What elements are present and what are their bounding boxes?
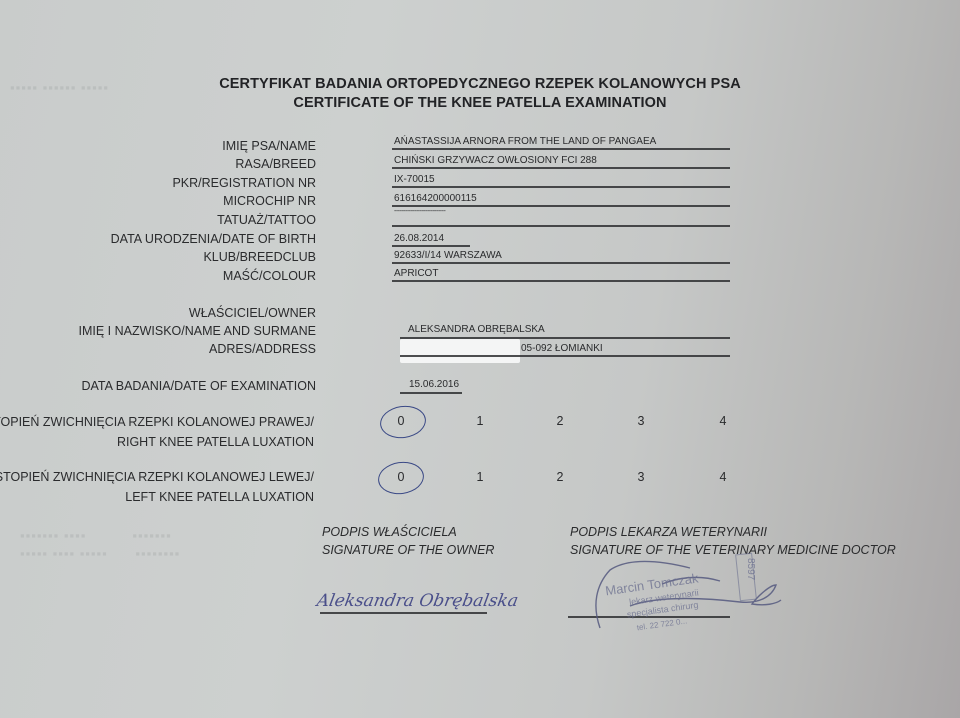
vet-stamp-signature: Marcin Tomczak lekarz weterynarii specja… [0,0,960,718]
certificate-page: ▪▪▪▪▪ ▪▪▪▪▪▪ ▪▪▪▪▪ ▪▪▪▪▪▪▪ ▪▪▪▪ ▪▪▪▪▪▪▪ … [0,0,960,718]
stamp-line-3: tel. 22 722 0... [636,616,687,632]
